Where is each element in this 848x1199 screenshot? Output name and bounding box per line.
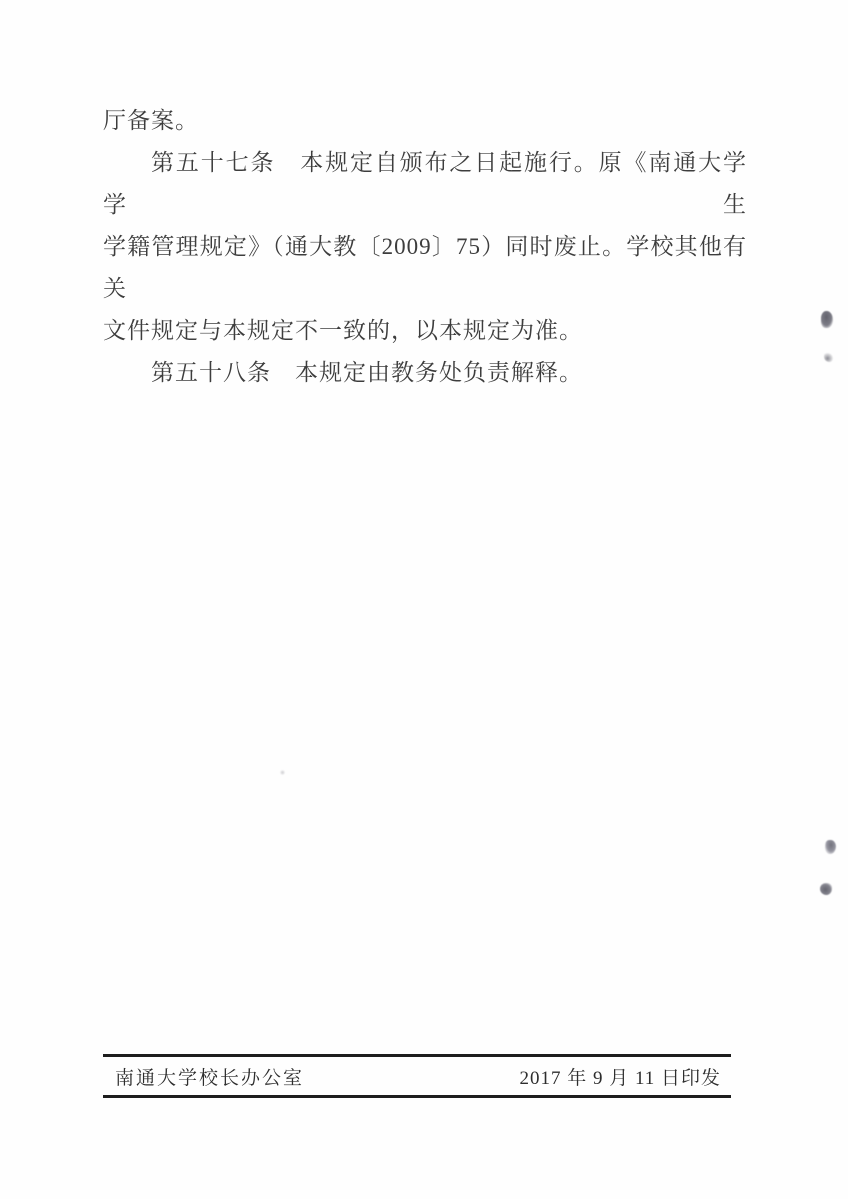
scan-smudge-2 [824, 353, 833, 362]
footer-print-date: 2017 年 9 月 11 日印发 [519, 1063, 721, 1090]
text-line-article-57-middle: 学籍管理规定》（通大教〔2009〕75）同时废止。学校其他有关 [103, 226, 747, 310]
scanned-document-page: 厅备案。 第五十七条 本规定自颁布之日起施行。原《南通大学学生 学籍管理规定》（… [0, 0, 848, 1199]
scan-speck [280, 770, 285, 775]
scan-smudge-1 [821, 311, 833, 328]
text-line-article-57-end: 文件规定与本规定不一致的，以本规定为准。 [103, 310, 747, 352]
text-line-article-58: 第五十八条 本规定由教务处负责解释。 [103, 352, 747, 394]
text-line-continuation: 厅备案。 [103, 100, 747, 142]
text-line-article-57-start: 第五十七条 本规定自颁布之日起施行。原《南通大学学生 [103, 142, 747, 226]
footer: 南通大学校长办公室 2017 年 9 月 11 日印发 [103, 1057, 731, 1095]
footer-bottom-rule [103, 1095, 731, 1098]
body-text-block: 厅备案。 第五十七条 本规定自颁布之日起施行。原《南通大学学生 学籍管理规定》（… [103, 100, 747, 394]
scan-smudge-4 [820, 883, 832, 895]
scan-smudge-3 [825, 840, 836, 854]
footer-issuer: 南通大学校长办公室 [115, 1063, 304, 1090]
